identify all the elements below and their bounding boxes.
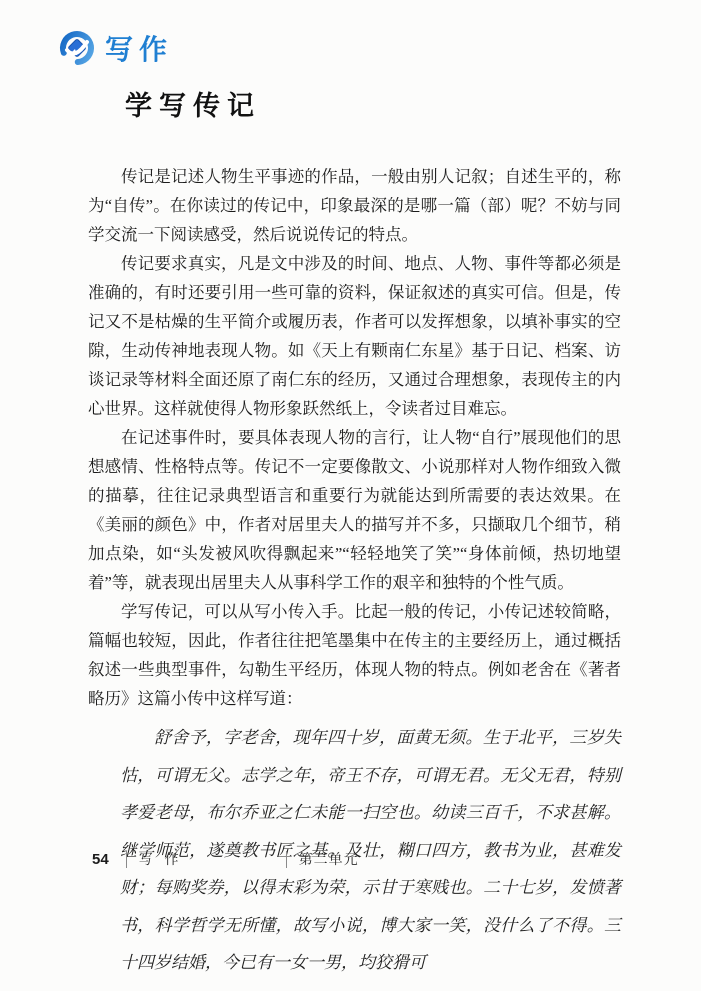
body-paragraph-truth: 传记要求真实，凡是文中涉及的时间、地点、人物、事件等都必须是准确的，有时还要引用… bbox=[88, 249, 621, 423]
footer-divider bbox=[126, 851, 127, 868]
footer-section-label: 写 作 bbox=[139, 849, 183, 869]
page-title: 学写传记 bbox=[125, 84, 261, 123]
page-number: 54 bbox=[92, 851, 109, 868]
textbook-page: 写作 学写传记 传记是记述人物生平事迹的作品，一般由别人记叙；自述生平的，称为“… bbox=[0, 0, 701, 991]
footer-unit-label: 第二单元 bbox=[299, 849, 359, 869]
section-label: 写作 bbox=[105, 28, 173, 68]
body-paragraph-short-bio: 学写传记，可以从写小传入手。比起一般的传记，小传记述较简略，篇幅也较短，因此，作… bbox=[88, 597, 621, 713]
footer-divider bbox=[286, 851, 287, 868]
body-paragraph-detail: 在记述事件时，要具体表现人物的言行，让人物“自行”展现他们的思想感情、性格特点等… bbox=[88, 423, 621, 597]
page-footer: 54 写 作 第二单元 bbox=[92, 849, 612, 869]
writing-book-icon bbox=[58, 29, 96, 67]
body-paragraph-intro: 传记是记述人物生平事迹的作品，一般由别人记叙；自述生平的，称为“自传”。在你读过… bbox=[88, 162, 621, 249]
page-header: 写作 bbox=[58, 28, 173, 68]
